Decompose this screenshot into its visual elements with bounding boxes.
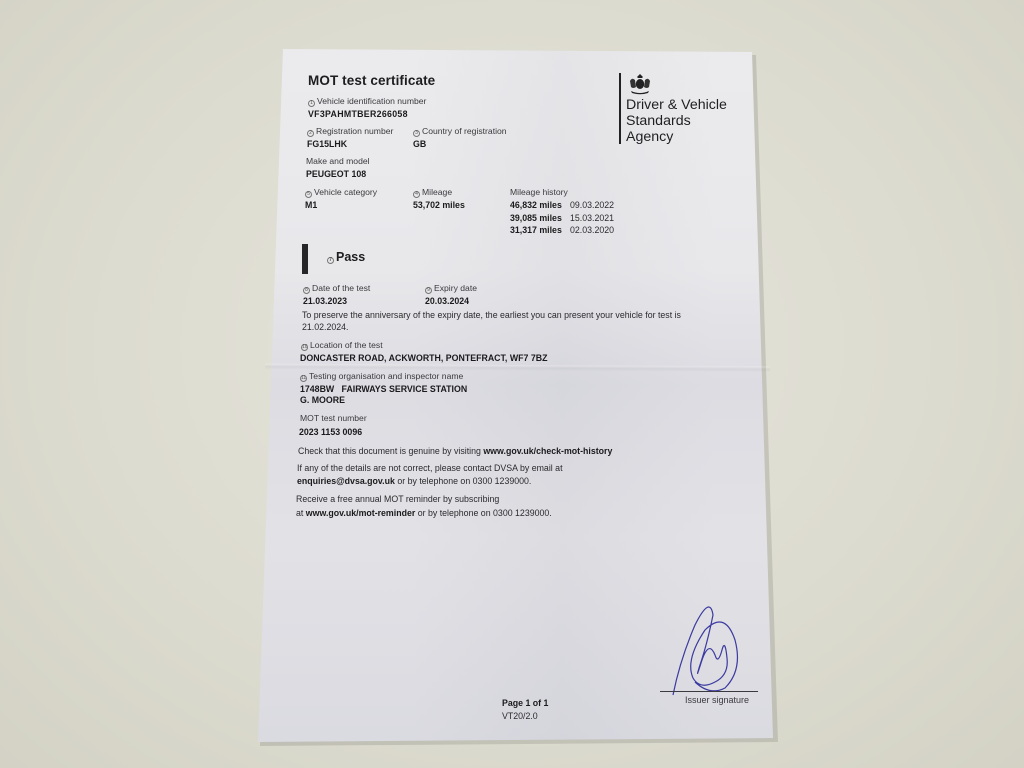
test-number-label: MOT test number — [300, 413, 367, 423]
registration-value: FG15LHK — [307, 139, 347, 149]
location-label: 10Location of the test — [301, 340, 383, 351]
contact-text-line1: If any of the details are not correct, p… — [297, 463, 563, 473]
agency-name-line1: Driver & Vehicle — [626, 97, 727, 113]
mileage-history-date: 09.03.2022 — [570, 200, 614, 210]
check-genuine-text: Check that this document is genuine by v… — [298, 446, 612, 456]
result-status-bar — [302, 244, 308, 274]
inspector-name-value: G. MOORE — [300, 395, 345, 405]
royal-coat-of-arms-icon — [626, 73, 654, 95]
expiry-date-label: 9Expiry date — [425, 283, 477, 294]
make-model-label: Make and model — [306, 156, 370, 166]
testing-organisation-label: 11Testing organisation and inspector nam… — [300, 371, 463, 382]
field-number-icon: 7 — [327, 257, 334, 264]
contact-text-line2: enquiries@dvsa.gov.uk or by telephone on… — [297, 476, 531, 486]
agency-name-line2: Standards — [626, 113, 727, 129]
agency-name-line3: Agency — [626, 129, 727, 145]
country-label: 3Country of registration — [413, 126, 507, 137]
expiry-date-value: 20.03.2024 — [425, 296, 469, 306]
mileage-label: 4Mileage — [413, 187, 452, 198]
anniversary-note-line2: 21.02.2024. — [302, 322, 348, 332]
contact-email-link[interactable]: enquiries@dvsa.gov.uk — [297, 476, 395, 486]
result-status: 7Pass — [327, 250, 365, 264]
location-value: DONCASTER ROAD, ACKWORTH, PONTEFRACT, WF… — [300, 353, 547, 363]
issuer-signature-label: Issuer signature — [685, 695, 749, 705]
field-number-icon: 3 — [413, 130, 420, 137]
country-value: GB — [413, 139, 426, 149]
reminder-text-line2: at www.gov.uk/mot-reminder or by telepho… — [296, 508, 552, 518]
mileage-history-miles: 46,832 miles — [510, 200, 562, 210]
registration-label: 2Registration number — [307, 126, 393, 137]
mileage-history-date: 02.03.2020 — [570, 225, 614, 235]
issuer-signature-icon — [655, 600, 765, 700]
document-title: MOT test certificate — [308, 73, 435, 88]
test-date-value: 21.03.2023 — [303, 296, 347, 306]
testing-organisation-value: 1748BW FAIRWAYS SERVICE STATION — [300, 384, 467, 394]
result-status-text: Pass — [336, 250, 365, 264]
vehicle-category-label: 5Vehicle category — [305, 187, 377, 198]
field-number-icon: 4 — [413, 191, 420, 198]
reminder-text-line1: Receive a free annual MOT reminder by su… — [296, 494, 499, 504]
field-number-icon: 1 — [308, 100, 315, 107]
test-date-label: 8Date of the test — [303, 283, 370, 294]
field-number-icon: 8 — [303, 287, 310, 294]
signature-line — [660, 691, 758, 692]
vehicle-category-value: M1 — [305, 200, 317, 210]
make-model-value: PEUGEOT 108 — [306, 169, 366, 179]
vin-label: 1Vehicle identification number — [308, 96, 426, 107]
mileage-history-label: Mileage history — [510, 187, 568, 197]
mileage-history-date: 15.03.2021 — [570, 213, 614, 223]
mileage-value: 53,702 miles — [413, 200, 465, 210]
anniversary-note-line1: To preserve the anniversary of the expir… — [302, 310, 681, 320]
field-number-icon: 9 — [425, 287, 432, 294]
field-number-icon: 2 — [307, 130, 314, 137]
agency-name: Driver & Vehicle Standards Agency — [626, 97, 727, 146]
field-number-icon: 10 — [301, 344, 308, 351]
test-number-value: 2023 1153 0096 — [299, 427, 362, 437]
mot-certificate-paper — [0, 0, 1024, 768]
agency-logo-divider — [619, 73, 621, 144]
check-mot-history-link[interactable]: www.gov.uk/check-mot-history — [483, 446, 612, 456]
field-number-icon: 5 — [305, 191, 312, 198]
mileage-history-miles: 31,317 miles — [510, 225, 562, 235]
page-number: Page 1 of 1 — [502, 698, 548, 708]
vin-value: VF3PAHMTBER266058 — [308, 109, 408, 119]
mileage-history-miles: 39,085 miles — [510, 213, 562, 223]
mot-reminder-link[interactable]: www.gov.uk/mot-reminder — [306, 508, 415, 518]
field-number-icon: 11 — [300, 375, 307, 382]
form-code: VT20/2.0 — [502, 711, 538, 721]
